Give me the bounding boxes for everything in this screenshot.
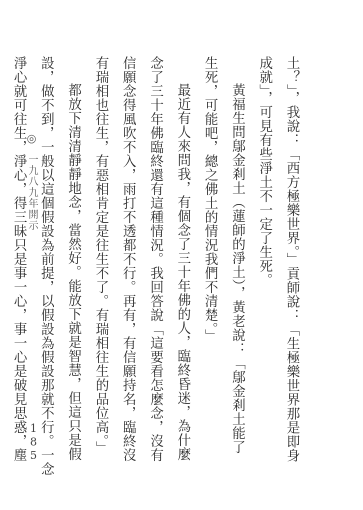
running-header: ◎ 一九八九年開示: [24, 132, 39, 231]
book-page: 土？」，我說：「西方極樂世界。」貢師說：「生極樂世界那是即身 成就」，可見有些淨…: [0, 0, 363, 510]
text-column-indented: 都放下清清靜靜地念，當然好。能放下就是智慧，但這只是假: [59, 56, 86, 456]
section-mark-icon: ◎: [25, 132, 38, 146]
text-column: 有瑞相也往生，有惡相肯定是往生不了。有瑞相往生的品位高。」: [87, 56, 114, 456]
section-title: 一九八九年開示: [26, 154, 37, 231]
text-column: 念了三十年佛臨終還有這種情況。我回答說「這要看怎麼念，沒有: [141, 56, 168, 456]
text-column-indented: 黃福生問鄔金剎土（蓮師的淨土），黃老說：「鄔金剎土能了: [223, 56, 250, 456]
text-column: 土？」，我說：「西方極樂世界。」貢師說：「生極樂世界那是即身: [278, 56, 305, 456]
body-text: 土？」，我說：「西方極樂世界。」貢師說：「生極樂世界那是即身 成就」，可見有些淨…: [0, 56, 305, 456]
text-column-indented: 最近有人來問我，有個念了三十年佛的人，臨終昏迷，為什麼: [169, 56, 196, 456]
text-column: 生死，可能吧，總之佛土的情況我們不清楚。」: [196, 56, 223, 456]
page-number: 185: [27, 422, 40, 463]
text-column: 設，做不到，一般以這個假設為前提，以假設為假設那就不行。一念: [32, 56, 59, 456]
text-column: 信願念得風吹不入，雨打不透都不行。再有，有信願持名，臨終沒: [114, 56, 141, 456]
text-column: 淨心就可往生，淨心，得三昧只是事一心，事一心是破見思惑，塵: [5, 56, 32, 456]
text-column: 成就」，可見有些淨土不一定了生死。: [250, 56, 277, 456]
